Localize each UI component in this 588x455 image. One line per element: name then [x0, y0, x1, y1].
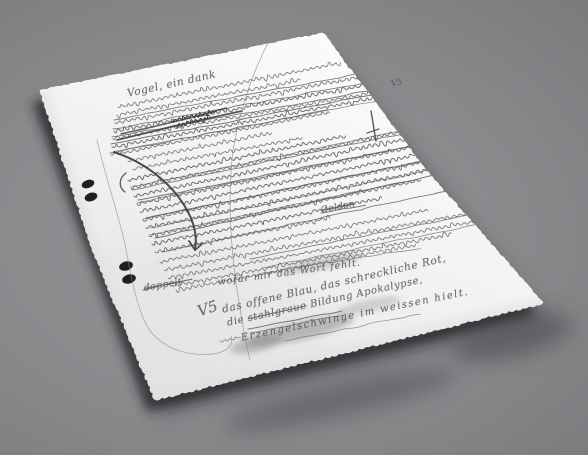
manuscript-artwork — [0, 0, 588, 455]
manuscript-photo: Vogel, ein dank V5 Golden doppelt wofür … — [0, 0, 588, 455]
